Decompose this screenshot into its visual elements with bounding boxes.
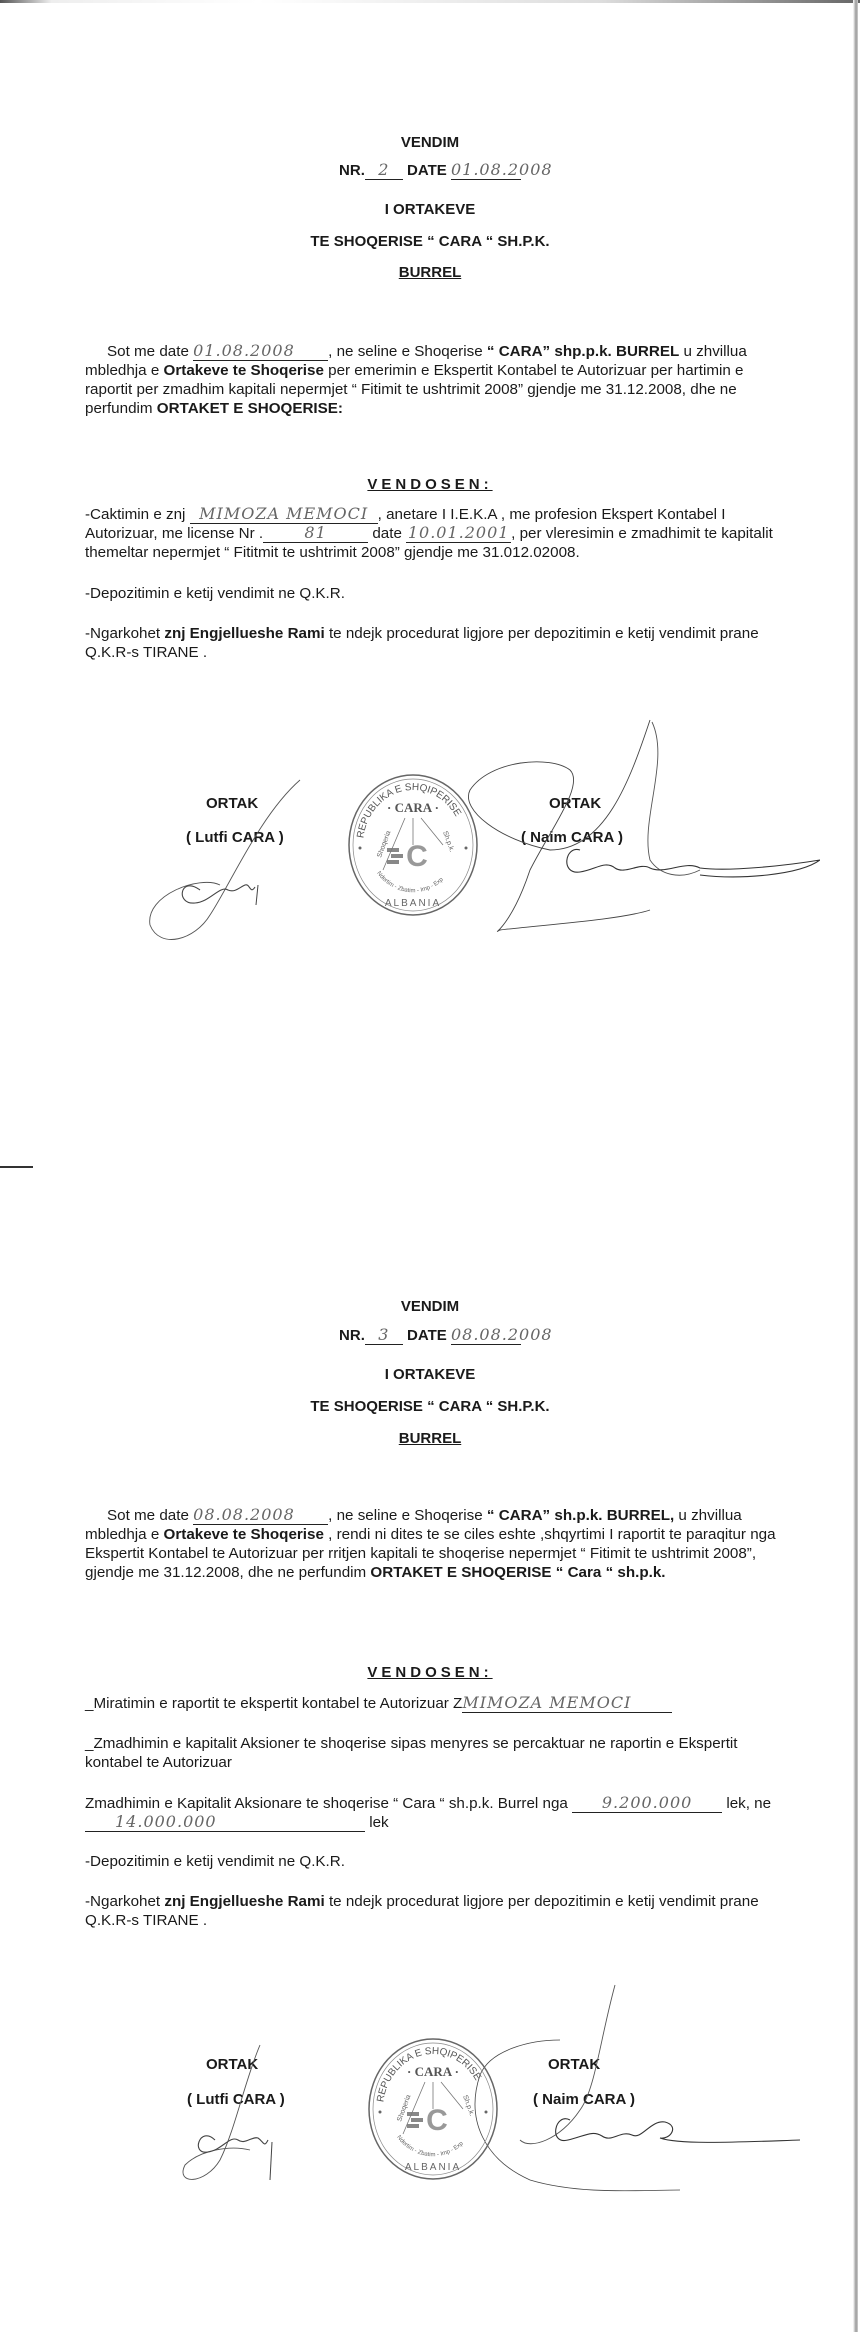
nr-value: 2 (378, 160, 389, 179)
item-text: lek, ne (726, 1795, 771, 1812)
signature-lutfi-cara (160, 2040, 310, 2190)
doc-subtitle-1: I ORTAKEVE (0, 201, 860, 218)
svg-text:Ndertim - Zbatim - Imp - Exp: Ndertim - Zbatim - Imp - Exp (395, 2135, 465, 2159)
item-text: lek (369, 1814, 388, 1831)
assignee-name: znj Engjellueshe Rami (164, 1893, 324, 1910)
decision-item-approval: _Miratimin e raportit te ekspertit konta… (85, 1694, 785, 1713)
nr-value: 3 (378, 1325, 389, 1344)
capital-to: 14.000.000 (115, 1812, 217, 1831)
page-separator (0, 1166, 33, 1168)
capital-from: 9.200.000 (602, 1793, 692, 1812)
meeting-date: 01.08.2008 (193, 341, 295, 360)
svg-text:C: C (426, 2104, 448, 2137)
meeting-date: 08.08.2008 (193, 1505, 295, 1524)
license-number: 81 (304, 523, 326, 542)
decision-item-capital-increase: Zmadhimin e Kapitalit Aksionare te shoqe… (85, 1794, 785, 1832)
assignee-name: znj Engjellueshe Rami (164, 625, 324, 642)
date-label: DATE (407, 162, 447, 179)
partners-heading: ORTAKET E SHOQERISE: (157, 400, 343, 417)
company-stamp: REPUBLIKA E SHQIPERISE · CARA · Shoqeria… (363, 2034, 503, 2184)
decision-item-deposit: -Depozitimin e ketij vendimit ne Q.K.R. (85, 1852, 785, 1871)
scan-edge-right (853, 0, 858, 2332)
doc-number-date: NR.3 DATE 08.08.2008 (0, 1327, 860, 1345)
date-value: 01.08.2008 (451, 160, 553, 179)
partners-meeting: Ortakeve te Shoqerise (164, 1526, 324, 1543)
intro-paragraph: Sot me date 01.08.2008, ne seline e Shoq… (85, 342, 785, 418)
svg-text:C: C (406, 840, 428, 873)
svg-text:Shoqeria: Shoqeria (396, 2094, 412, 2123)
intro-text: Sot me date (107, 343, 189, 360)
date-value: 08.08.2008 (451, 1325, 553, 1344)
company-stamp: REPUBLIKA E SHQIPERISE · CARA · Shoqeria… (343, 770, 483, 920)
doc-city: BURREL (0, 1430, 860, 1447)
company-name: “ CARA” shp.p.k. BURREL (487, 343, 679, 360)
doc-city: BURREL (0, 264, 860, 281)
doc-number-date: NR.2 DATE 01.08.2008 (0, 162, 860, 180)
partners-heading: ORTAKET E SHOQERISE “ Cara “ sh.p.k. (370, 1564, 665, 1581)
doc-subtitle-2: TE SHOQERISE “ CARA “ SH.P.K. (0, 233, 860, 250)
expert-name: MIMOZA MEMOCI (199, 504, 368, 523)
item-text: _Miratimin e raportit te ekspertit konta… (85, 1695, 462, 1712)
decision-item-increase-method: _Zmadhimin e kapitalit Aksioner te shoqe… (85, 1734, 785, 1772)
company-name: “ CARA” sh.p.k. BURREL, (487, 1507, 674, 1524)
partners-meeting: Ortakeve te Shoqerise (164, 362, 324, 379)
date-label: DATE (407, 1327, 447, 1344)
intro-paragraph: Sot me date 08.08.2008, ne seline e Shoq… (85, 1506, 785, 1582)
expert-name: MIMOZA MEMOCI (462, 1693, 631, 1712)
svg-text:Sh.p.k.: Sh.p.k. (461, 2094, 475, 2117)
decided-heading: VENDOSEN: (0, 476, 860, 493)
intro-text: Sot me date (107, 1507, 189, 1524)
item-text: -Ngarkohet (85, 625, 164, 642)
svg-text:Shoqeria: Shoqeria (376, 830, 392, 859)
item-text: -Caktimin e znj (85, 506, 185, 523)
signature-lutfi-cara (140, 775, 320, 955)
svg-text:Ndertim - Zbatim - Imp - Exp: Ndertim - Zbatim - Imp - Exp (375, 871, 445, 895)
decision-item-deposit: -Depozitimin e ketij vendimit ne Q.K.R. (85, 584, 785, 603)
item-text: Zmadhimin e Kapitalit Aksionare te shoqe… (85, 1795, 568, 1812)
nr-label: NR. (339, 1327, 365, 1344)
intro-text: , ne seline e Shoqerise (328, 343, 487, 360)
decided-heading: VENDOSEN: (0, 1664, 860, 1681)
doc-title: VENDIM (0, 1298, 860, 1315)
item-text: date (372, 525, 402, 542)
svg-text:· CARA ·: · CARA · (407, 2064, 459, 2079)
scan-edge-top (0, 0, 860, 3)
doc-subtitle-2: TE SHOQERISE “ CARA “ SH.P.K. (0, 1398, 860, 1415)
svg-text:ALBANIA: ALBANIA (405, 2162, 461, 2173)
intro-text: , ne seline e Shoqerise (328, 1507, 487, 1524)
doc-title: VENDIM (0, 134, 860, 151)
license-date: 10.01.2001 (408, 523, 510, 542)
svg-text:Sh.p.k.: Sh.p.k. (441, 830, 455, 853)
decision-item-assignment: -Ngarkohet znj Engjellueshe Rami te ndej… (85, 1892, 785, 1930)
svg-text:ALBANIA: ALBANIA (385, 898, 441, 909)
nr-label: NR. (339, 162, 365, 179)
doc-subtitle-1: I ORTAKEVE (0, 1366, 860, 1383)
svg-text:· CARA ·: · CARA · (387, 800, 439, 815)
item-text: -Ngarkohet (85, 1893, 164, 1910)
decision-item-assignment: -Ngarkohet znj Engjellueshe Rami te ndej… (85, 624, 785, 662)
decision-item-appointment: -Caktimin e znj MIMOZA MEMOCI, anetare I… (85, 505, 785, 562)
